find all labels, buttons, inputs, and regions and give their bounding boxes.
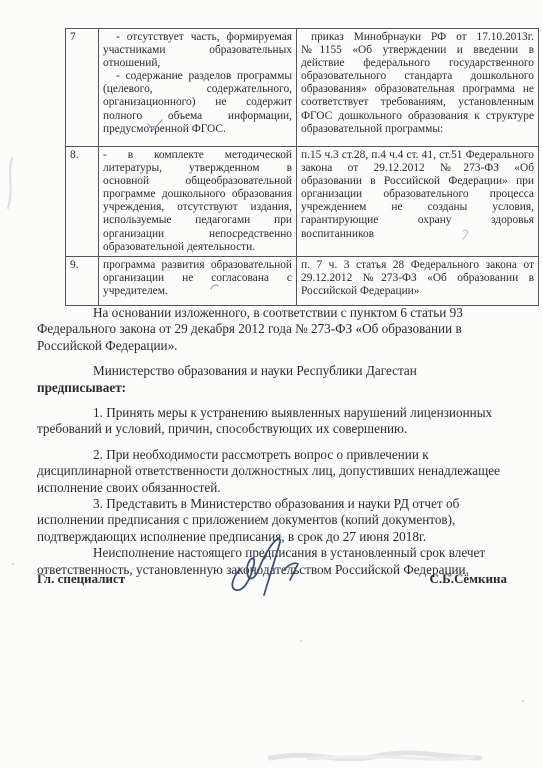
table-row-9: 9. программа развития образовательной ор… [66, 256, 539, 305]
order-item-2: 2. При необходимости рассмотреть вопрос … [37, 447, 507, 496]
violation-text: - в комплекте методической литературы, у… [103, 149, 292, 254]
violation-text: - отсутствует часть, формируемая участни… [103, 31, 292, 70]
row-number-cell: 7 [66, 29, 99, 147]
directive-paragraph: Министерство образования и науки Республ… [37, 363, 507, 396]
signature-scribble [224, 533, 324, 597]
row-number-cell: 8. [66, 147, 99, 257]
violation-cell: программа развития образовательной орган… [99, 256, 297, 305]
legal-basis-cell: п. 7 ч. 3 статья 28 Федерального закона … [297, 256, 539, 305]
signature-line: Гл. специалист С.Б.Сёмкина [37, 571, 507, 587]
table-row-7: 7 - отсутствует часть, формируемая участ… [66, 29, 539, 147]
violation-text: - содержание разделов программы (целевог… [103, 70, 292, 135]
directive-verb: предписывает: [37, 380, 126, 395]
scan-speck [522, 700, 524, 702]
scan-speck [12, 563, 14, 565]
scan-edge-smudge [268, 749, 483, 763]
document-page: 7 - отсутствует часть, формируемая участ… [0, 0, 543, 768]
signer-name: С.Б.Сёмкина [430, 571, 507, 587]
legal-basis-text: приказ Минобрнауки РФ от 17.10.2013г. №1… [301, 31, 534, 136]
intro-paragraph: На основании изложенного, в соответствии… [37, 305, 507, 354]
pen-stray-mark [210, 283, 219, 291]
order-item-1: 1. Принять меры к устранению выявленных … [37, 405, 507, 438]
legal-basis-cell: п.15 ч.3 ст.28, п.4 ч.4 ст. 41, ст.51 Фе… [297, 147, 539, 257]
legal-basis-text: п. 7 ч. 3 статья 28 Федерального закона … [301, 259, 534, 298]
violation-cell: - отсутствует часть, формируемая участни… [99, 29, 297, 147]
violations-table: 7 - отсутствует часть, формируемая участ… [65, 28, 539, 306]
violation-cell: - в комплекте методической литературы, у… [99, 147, 297, 257]
scan-margin-streak [3, 156, 19, 212]
scan-speck [300, 640, 302, 642]
violation-text: программа развития образовательной орган… [103, 259, 292, 298]
directive-lead: Министерство образования и науки Республ… [93, 363, 417, 378]
row-number-cell: 9. [66, 256, 99, 305]
legal-basis-text: п.15 ч.3 ст.28, п.4 ч.4 ст. 41, ст.51 Фе… [301, 149, 534, 241]
signer-position: Гл. специалист [37, 571, 125, 587]
pen-check-mark-icon [146, 118, 164, 133]
legal-basis-cell: приказ Минобрнауки РФ от 17.10.2013г. №1… [297, 29, 539, 147]
pen-stray-mark [461, 228, 471, 240]
